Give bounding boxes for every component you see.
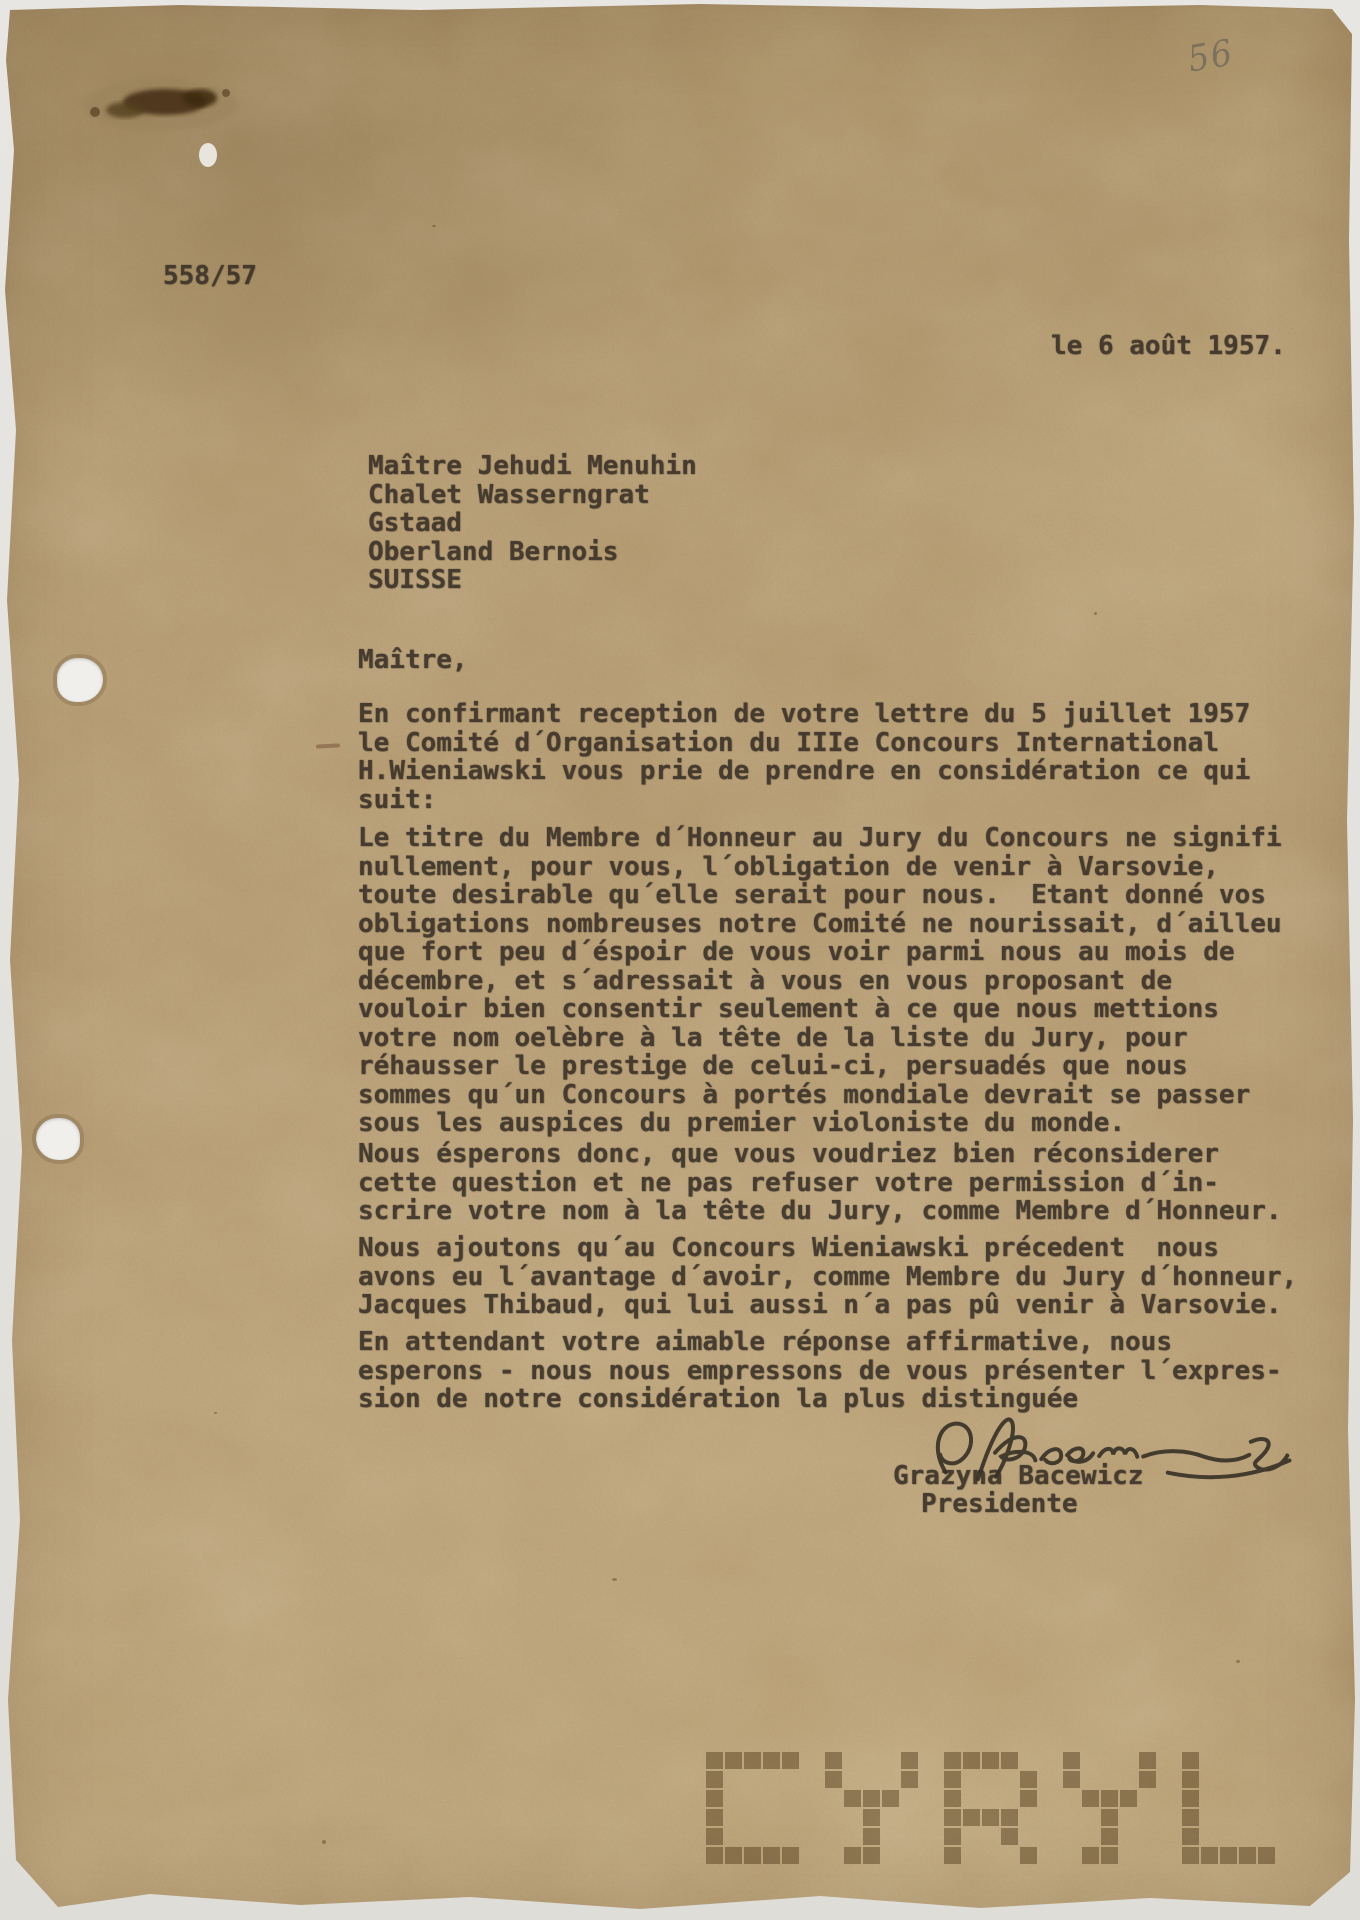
watermark-cell <box>944 1752 961 1769</box>
paper-speck <box>1094 612 1097 615</box>
watermark-cell <box>706 1847 723 1864</box>
watermark-cell <box>944 1809 961 1826</box>
letter-line: H.Wieniawski vous prie de prendre en con… <box>358 757 1250 786</box>
watermark-cell <box>963 1809 980 1826</box>
watermark-cell <box>863 1847 880 1864</box>
letter-line: avons eu l´avantage d´avoir, comme Membr… <box>358 1263 1297 1292</box>
watermark-cell <box>882 1790 899 1807</box>
watermark-cell <box>944 1790 961 1807</box>
letter-line: sous les auspices du premier violoniste … <box>358 1109 1282 1138</box>
letter-line: décembre, et s´adressait à vous en vous … <box>358 967 1282 996</box>
letter-line: En attendant votre aimable réponse affir… <box>358 1328 1282 1357</box>
watermark-cell <box>944 1847 961 1864</box>
watermark-cell <box>944 1771 961 1788</box>
watermark-cell <box>1120 1790 1137 1807</box>
fold-corner-gap <box>1292 1848 1360 1920</box>
watermark-cell <box>863 1790 880 1807</box>
letter-line: que fort peu d´éspoir de vous voir parmi… <box>358 938 1282 967</box>
letter-line: réhausser le prestige de celui-ci, persu… <box>358 1052 1282 1081</box>
watermark-cell <box>1258 1847 1275 1864</box>
letter-line: En confirmant reception de votre lettre … <box>358 700 1250 729</box>
watermark-cell <box>763 1752 780 1769</box>
folded-corner <box>1282 1838 1360 1920</box>
watermark-cell <box>706 1771 723 1788</box>
letter-line: Nous ésperons donc, que vous voudriez bi… <box>358 1140 1282 1169</box>
watermark-cell <box>1020 1771 1037 1788</box>
letter-line: SUISSE <box>368 566 697 595</box>
watermark-cell <box>706 1790 723 1807</box>
paragraph-3: Nous ésperons donc, que vous voudriez bi… <box>358 1140 1282 1226</box>
watermark-cell <box>1201 1847 1218 1864</box>
watermark-cell <box>863 1809 880 1826</box>
paper-speck <box>612 1578 617 1581</box>
paper-speck <box>432 225 436 227</box>
letter-line: le Comité d´Organisation du IIIe Concour… <box>358 729 1250 758</box>
watermark-cell <box>1182 1847 1199 1864</box>
watermark-cell <box>1182 1790 1199 1807</box>
watermark-cell <box>725 1847 742 1864</box>
letter-line: nullement, pour vous, l´obligation de ve… <box>358 853 1282 882</box>
signature-name: Grazyna Bacewicz <box>893 1462 1143 1491</box>
watermark-cell <box>1001 1809 1018 1826</box>
watermark-cell <box>1063 1752 1080 1769</box>
reference-number: 558/57 <box>163 262 257 291</box>
watermark-cell <box>1082 1790 1099 1807</box>
letter-line: Nous ajoutons qu´au Concours Wieniawski … <box>358 1234 1297 1263</box>
watermark-cell <box>782 1752 799 1769</box>
letter-line: Le titre du Membre d´Honneur au Jury du … <box>358 824 1282 853</box>
letter-line: esperons - nous nous empressons de vous … <box>358 1357 1282 1386</box>
paragraph-2: Le titre du Membre d´Honneur au Jury du … <box>358 824 1282 1138</box>
pencil-page-number: 56 <box>1185 32 1237 80</box>
paragraph-5: En attendant votre aimable réponse affir… <box>358 1328 1282 1414</box>
paper-speck <box>1236 1660 1240 1663</box>
ink-blot <box>60 60 300 190</box>
letter-line: Maître Jehudi Menuhin <box>368 452 697 481</box>
watermark-cell <box>1101 1847 1118 1864</box>
watermark-cell <box>963 1752 980 1769</box>
letter-line: sommes qu´un Concours à portés mondiale … <box>358 1081 1282 1110</box>
watermark-cell <box>1182 1828 1199 1845</box>
punch-hole-top <box>57 658 103 702</box>
watermark-cell <box>782 1847 799 1864</box>
watermark-cell <box>825 1771 842 1788</box>
watermark-cell <box>706 1752 723 1769</box>
paper-sheet: 56 558/57 le 6 août 1957. Maître Jehudi … <box>0 0 1360 1920</box>
watermark-cell <box>1139 1752 1156 1769</box>
letter-line: Chalet Wasserngrat <box>368 481 697 510</box>
letter-line: scrire votre nom à la tête du Jury, comm… <box>358 1197 1282 1226</box>
watermark-cell <box>825 1752 842 1769</box>
watermark-cell <box>844 1790 861 1807</box>
watermark-cell <box>944 1828 961 1845</box>
watermark-cell <box>901 1771 918 1788</box>
salutation: Maître, <box>358 646 468 675</box>
watermark-cell <box>982 1752 999 1769</box>
recipient-address: Maître Jehudi MenuhinChalet WasserngratG… <box>368 452 697 595</box>
watermark-cell <box>1063 1771 1080 1788</box>
watermark-cell <box>1182 1809 1199 1826</box>
watermark-cell <box>982 1809 999 1826</box>
date-line: le 6 août 1957. <box>1051 332 1286 361</box>
letter-line: votre nom oelèbre à la tête de la liste … <box>358 1024 1282 1053</box>
watermark-cell <box>1101 1828 1118 1845</box>
watermark-cell <box>1220 1847 1237 1864</box>
scanned-letter: 56 558/57 le 6 août 1957. Maître Jehudi … <box>0 0 1360 1920</box>
watermark-cell <box>744 1752 761 1769</box>
watermark-cell <box>1101 1809 1118 1826</box>
paper-speck <box>214 1412 217 1414</box>
punch-hole-bottom <box>36 1118 80 1160</box>
letter-line: Gstaad <box>368 509 697 538</box>
letter-line: obligations nombreuses notre Comité ne n… <box>358 910 1282 939</box>
paper-speck <box>322 1840 326 1844</box>
watermark-cell <box>1101 1790 1118 1807</box>
watermark-cell <box>1020 1790 1037 1807</box>
watermark-cell <box>744 1847 761 1864</box>
letter-line: Jacques Thibaud, qui lui aussi n´a pas p… <box>358 1291 1297 1320</box>
watermark-cell <box>1139 1771 1156 1788</box>
letter-line: toute desirable qu´elle serait pour nous… <box>358 881 1282 910</box>
watermark-cell <box>1001 1752 1018 1769</box>
letter-line: suit: <box>358 786 1250 815</box>
margin-mark <box>316 743 340 748</box>
letter-line: vouloir bien consentir seulement à ce qu… <box>358 995 1282 1024</box>
signature-title: Presidente <box>921 1490 1078 1519</box>
letter-line: Oberland Bernois <box>368 538 697 567</box>
letter-line: sion de notre considération la plus dist… <box>358 1385 1282 1414</box>
letter-line: cette question et ne pas refuser votre p… <box>358 1169 1282 1198</box>
watermark-cell <box>1239 1847 1256 1864</box>
watermark-cell <box>901 1752 918 1769</box>
watermark-cell <box>1182 1752 1199 1769</box>
paragraph-4: Nous ajoutons qu´au Concours Wieniawski … <box>358 1234 1297 1320</box>
watermark-cell <box>844 1847 861 1864</box>
watermark-cell <box>763 1847 780 1864</box>
watermark-cell <box>863 1828 880 1845</box>
watermark-cell <box>706 1809 723 1826</box>
watermark-cell <box>1001 1828 1018 1845</box>
watermark-cell <box>1020 1847 1037 1864</box>
watermark-cell <box>706 1828 723 1845</box>
watermark-cell <box>725 1752 742 1769</box>
paragraph-1: En confirmant reception de votre lettre … <box>358 700 1250 814</box>
watermark-cell <box>1082 1847 1099 1864</box>
watermark-cell <box>1182 1771 1199 1788</box>
